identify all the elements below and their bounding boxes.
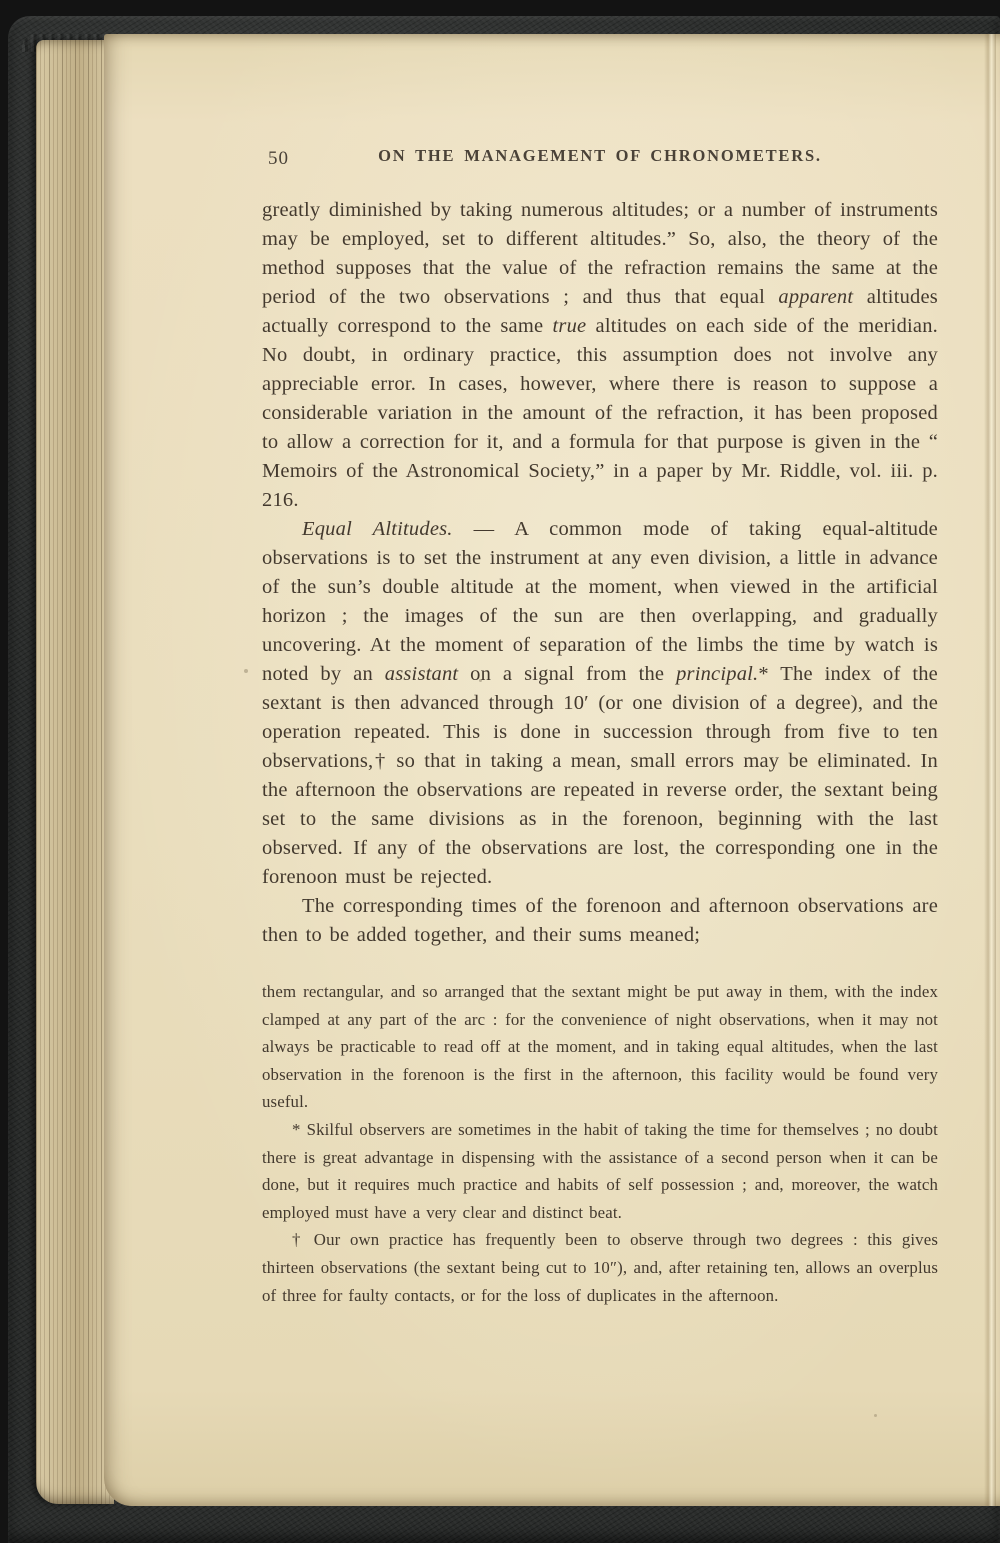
paragraph-equal-altitudes: Equal Altitudes. — A common mode of taki… xyxy=(262,515,938,892)
printed-text-block: 50 ON THE MANAGEMENT OF CHRONOMETERS. gr… xyxy=(262,146,938,1309)
footnote-continuation: them rectangular, and so arranged that t… xyxy=(262,978,938,1116)
footnote-dagger: † Our own practice has frequently been t… xyxy=(262,1226,938,1309)
paragraph-continuation: greatly diminished by taking numerous al… xyxy=(262,196,938,515)
page-speck xyxy=(874,1414,877,1417)
page-edges-stack xyxy=(36,40,114,1504)
footnote-asterisk: * Skilful observers are sometimes in the… xyxy=(262,1116,938,1226)
scanned-book-photo: 50 ON THE MANAGEMENT OF CHRONOMETERS. gr… xyxy=(0,0,1000,1543)
paragraph-corresponding-times: The corresponding times of the forenoon … xyxy=(262,892,938,950)
running-head: 50 ON THE MANAGEMENT OF CHRONOMETERS. xyxy=(262,146,938,170)
page-speck xyxy=(244,669,248,673)
page-gutter-crease xyxy=(984,34,996,1506)
body-text: greatly diminished by taking numerous al… xyxy=(262,196,938,950)
footnotes-block: them rectangular, and so arranged that t… xyxy=(262,978,938,1309)
running-title: ON THE MANAGEMENT OF CHRONOMETERS. xyxy=(262,146,938,166)
